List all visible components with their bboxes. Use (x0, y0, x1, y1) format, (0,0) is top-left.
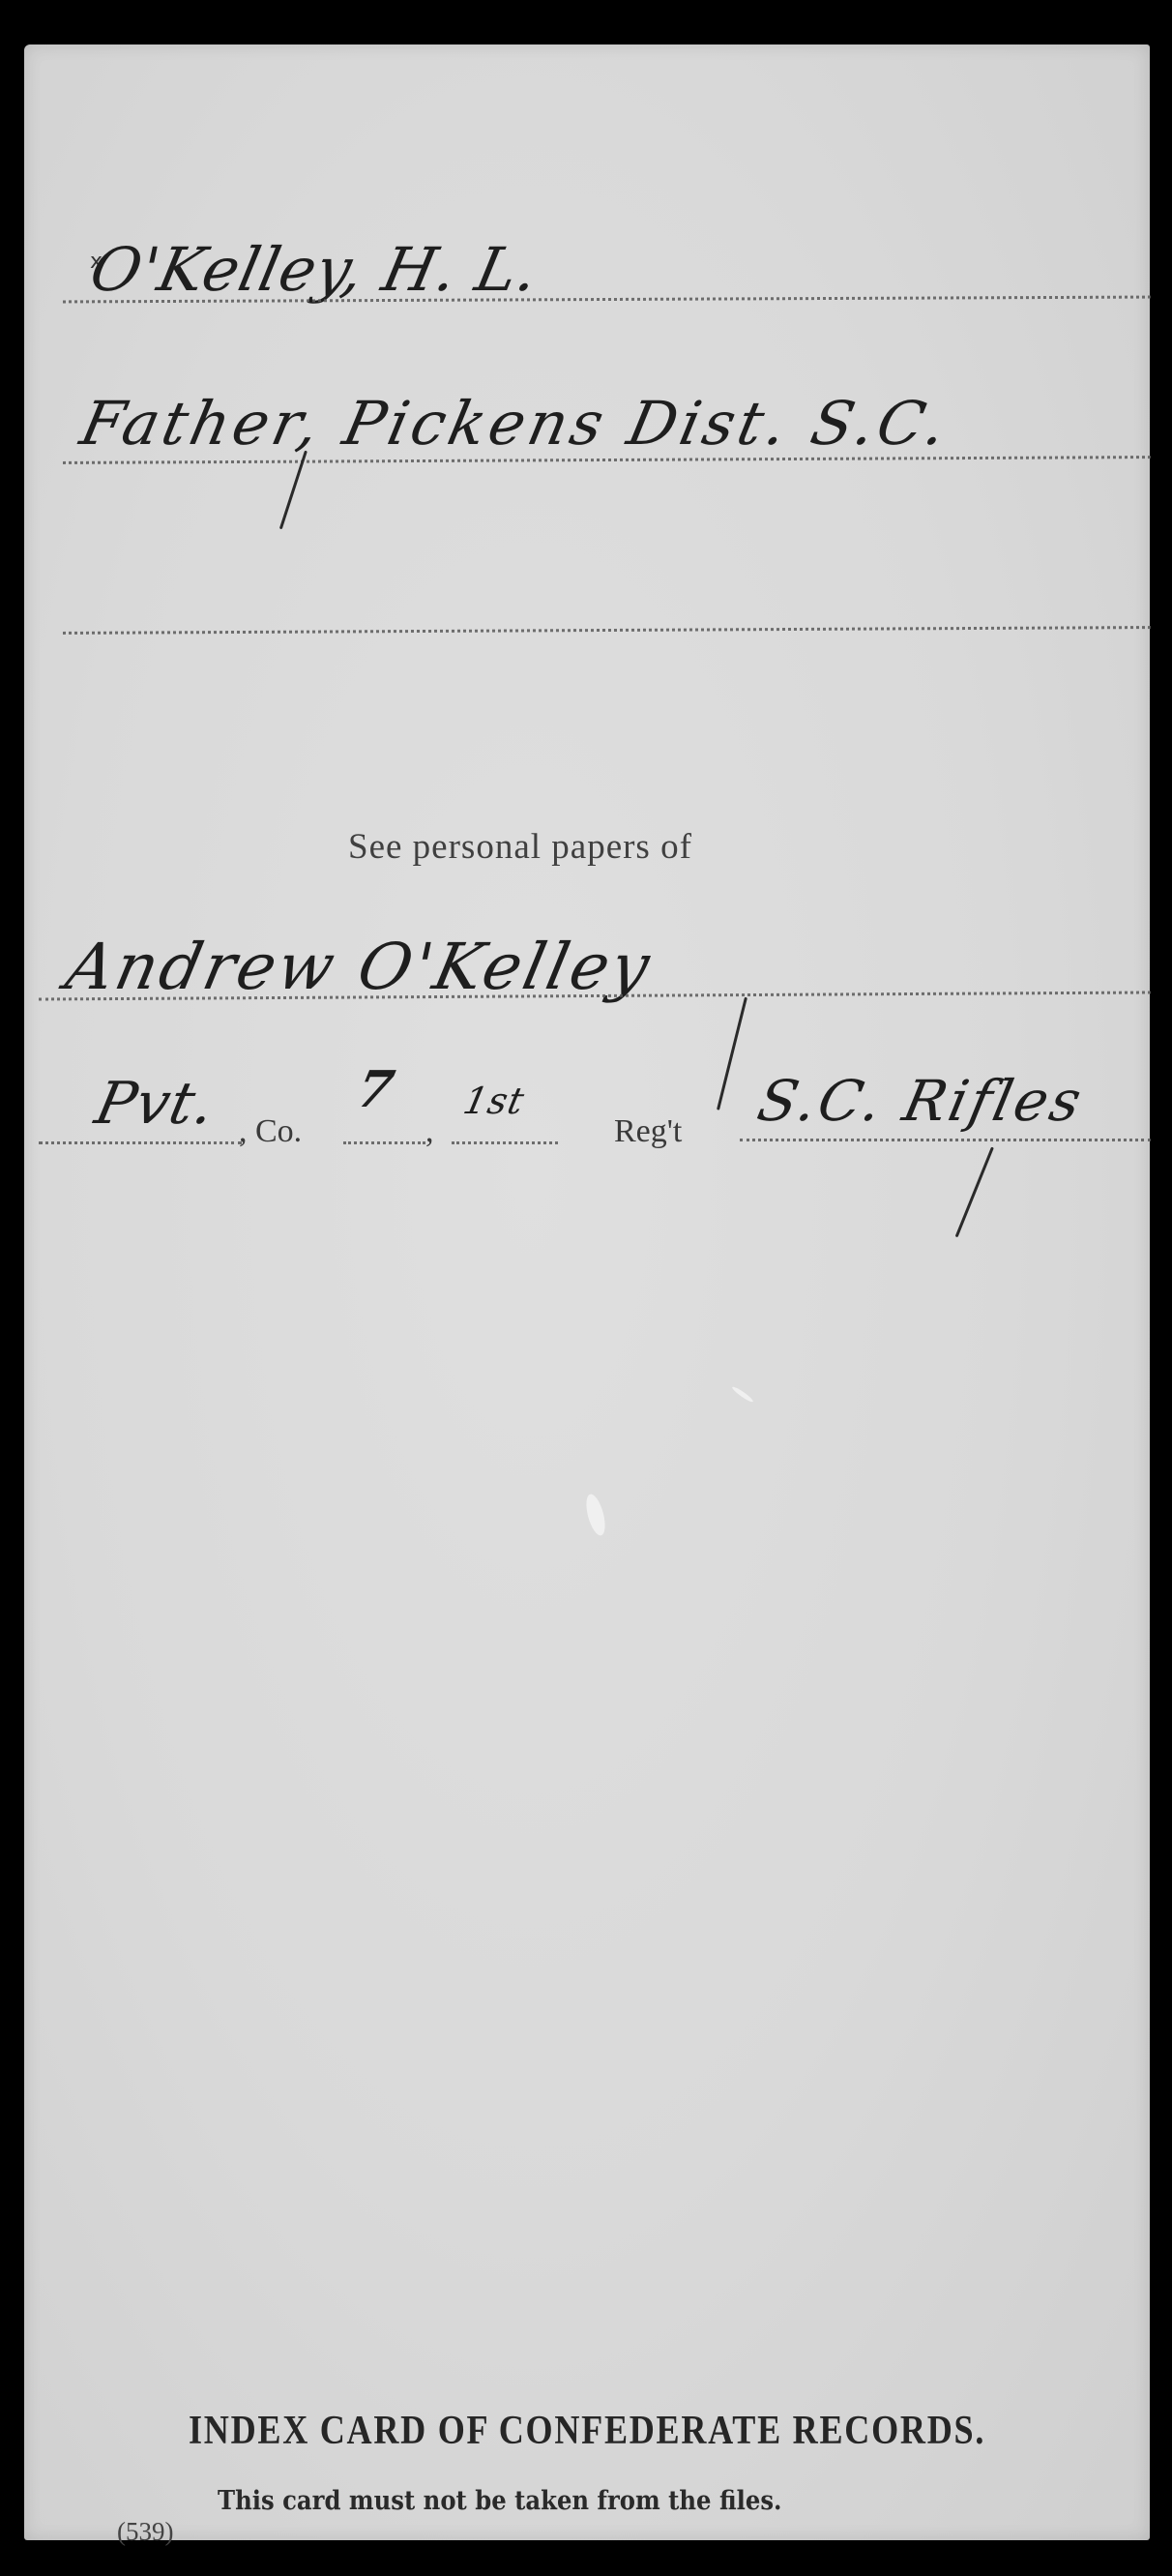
handwritten-referenced-person: Andrew O'Kelley (60, 930, 659, 1004)
handwritten-company: 7 (352, 1060, 400, 1119)
handwritten-rank: Pvt. (90, 1070, 221, 1138)
footer-subtitle: This card must not be taken from the fil… (218, 2486, 781, 2516)
dotted-line-blank (63, 626, 1151, 635)
handwritten-relation: Father, Pickens Dist. S.C. (74, 388, 956, 459)
dotted-line-regiment-number (452, 1141, 558, 1144)
regiment-label: Reg't (614, 1113, 682, 1150)
footer-title: INDEX CARD OF CONFEDERATE RECORDS. (189, 2408, 985, 2454)
form-number: (539) (117, 2517, 173, 2547)
dotted-line-rank (39, 1141, 242, 1144)
see-personal-papers-label: See personal papers of (348, 826, 692, 868)
dotted-line-regiment-name (740, 1139, 1151, 1141)
paper-blemish (583, 1493, 609, 1538)
comma-separator: , (425, 1113, 434, 1150)
handwritten-regiment-number: 1st (459, 1080, 528, 1122)
paper-blemish (731, 1385, 754, 1404)
company-label: , Co. (239, 1113, 302, 1150)
dotted-line-company (343, 1141, 425, 1144)
handwritten-name: O'Kelley, H. L. (84, 234, 545, 305)
handwritten-regiment-name: S.C. Rifles (752, 1068, 1090, 1134)
pen-stroke-regiment-descender (955, 1146, 994, 1237)
pen-stroke-y-descender (717, 997, 747, 1110)
index-card: x O'Kelley, H. L. Father, Pickens Dist. … (24, 44, 1150, 2540)
